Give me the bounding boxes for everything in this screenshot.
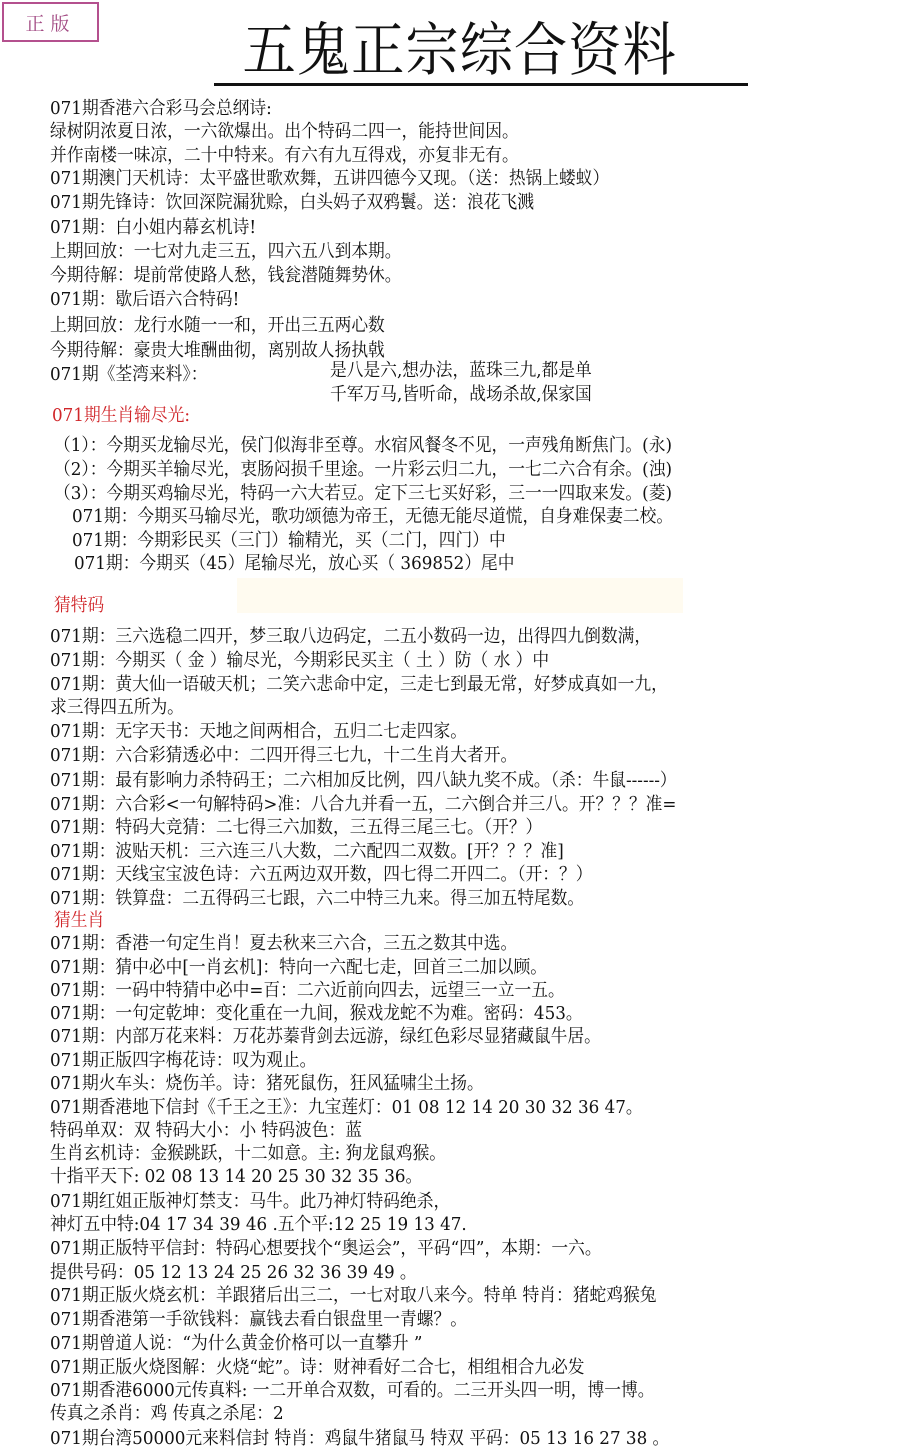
guess-zodiac-line: 生肖玄机诗：金猴跳跃，十二如意。主: 狗龙鼠鸡猴。 [50, 1143, 446, 1165]
guess-zodiac-line: 提供号码：05 12 13 24 25 26 32 36 39 49 。 [50, 1262, 417, 1284]
guess-zodiac-line: 传真之杀肖：鸡 传真之杀尾：2 [50, 1403, 284, 1425]
guess-zodiac-line: 071期：猜中必中[一肖玄机]：特向一六配七走，回首三二加以顾。 [50, 957, 547, 979]
guess-zodiac-line: 071期香港6000元传真料: 一二开单合双数，可看的。二三开头四一明，博一博。 [50, 1380, 654, 1402]
zodiac-lose-line: （3）：今期买鸡输尽光，特码一六大若豆。定下三七买好彩，三一一四取来发。(菱) [54, 483, 672, 505]
guess-zodiac-line: 071期：一句定乾坤：变化重在一九间，猴戏龙蛇不为难。密码：453。 [50, 1003, 583, 1025]
text-line: 上期回放：龙行水随一一和，开出三五两心数 [50, 315, 385, 337]
guess-special-line: 071期：无字天书：天地之间两相合，五归二七走四家。 [50, 721, 467, 743]
guess-special-line: 071期：特码大竞猜：二七得三六加数，三五得三尾三七。（开？） [50, 817, 542, 839]
text-line: 并作南楼一味凉，二十中特来。有六有九互得戏，亦复非无有。 [50, 145, 519, 167]
guess-special-line: 071期：六合彩猜透必中：二四开得三七九，十二生肖大者开。 [50, 745, 517, 767]
zodiac-lose-heading: 071期生肖输尽光: [52, 405, 190, 427]
page-title: 五鬼正宗综合资料 [214, 18, 705, 82]
text-line: 071期：歇后语六合特码! [50, 289, 239, 311]
guess-special-line: 071期：天线宝宝波色诗：六五两边双开数，四七得二开四二。（开：？） [50, 864, 593, 886]
guess-zodiac-line: 071期台湾50000元来料信封 特肖：鸡鼠牛猪鼠马 特双 平码：05 13 1… [50, 1428, 669, 1448]
text-line: 071期香港六合彩马会总纲诗: [50, 98, 272, 120]
zodiac-lose-line: 071期：今期买马输尽光，歌功颂德为帝王，无德无能尽道慌，自身难保妻二校。 [72, 506, 673, 528]
text-line: 今期待解：堤前常使路人愁，钱瓮潜随舞势休。 [50, 265, 402, 287]
guess-zodiac-line: 071期香港第一手欲钱料：赢钱去看白银盘里一青螺？。 [50, 1309, 467, 1331]
guess-special-heading: 猜特码 [54, 595, 104, 617]
guess-special-line: 071期：铁算盘：二五得码三七跟，六二中特三九来。得三加五特尾数。 [50, 888, 584, 910]
guess-zodiac-line: 071期：一码中特猜中必中=百：二六近前向四去，远望三一立一五。 [50, 980, 565, 1002]
guess-zodiac-line: 071期正版四字梅花诗：叹为观止。 [50, 1050, 316, 1072]
guess-zodiac-line: 071期：内部万花来料：万花苏蓁背剑去远游，绿红色彩尽显猪藏鼠牛居。 [50, 1026, 601, 1048]
guess-special-line: 071期：最有影响力杀特码王；二六相加反比例，四八缺九奖不成。（杀：牛鼠----… [50, 770, 677, 792]
text-line: 上期回放：一七对九走三五，四六五八到本期。 [50, 241, 402, 263]
authentic-badge: 正版 [2, 2, 99, 42]
guess-special-line: 071期：波贴天机：三六连三八大数，二六配四二双数。[开？？？准] [50, 841, 564, 863]
guess-zodiac-line: 071期正版特平信封：特码心想要找个“奥运会”，平码“四”，本期：一六。 [50, 1238, 602, 1260]
guess-zodiac-line: 特码单双：双 特码大小：小 特码波色：蓝 [50, 1120, 362, 1142]
text-line: 绿树阴浓夏日浓，一六欲爆出。出个特码二四一，能持世间因。 [50, 121, 519, 143]
text-line: 071期：白小姐内幕玄机诗! [50, 217, 256, 239]
guess-zodiac-line: 十指平天下: 02 08 13 14 20 25 30 32 35 36。 [50, 1166, 422, 1188]
title-underline [214, 83, 748, 86]
text-line: 071期先锋诗：饮回深院漏犹赊，白头妈子双鸦鬟。送：浪花飞溅 [50, 192, 534, 214]
text-line: 071期《荃湾来料》： [50, 364, 208, 386]
guess-zodiac-line: 071期：香港一句定生肖！夏去秋来三六合，三五之数其中选。 [50, 933, 517, 955]
guess-zodiac-line: 071期正版火烧玄机：羊跟猪后出三二，一七对取八来今。特单 特肖：猪蛇鸡猴兔 [50, 1285, 656, 1307]
text-line: 千军万马,皆听命，战场杀故,保家国 [330, 384, 592, 406]
guess-zodiac-line: 071期火车头：烧伤羊。诗：猪死鼠伤，狂风猛啸尘土扬。 [50, 1073, 484, 1095]
guess-special-line: 071期：黄大仙一语破天机；二笑六悲命中定，三走七到最无常，好梦成真如一九， [50, 674, 668, 696]
text-line: 今期待解：豪贵大堆酬曲彻，离别故人扬执戟 [50, 340, 385, 362]
guess-zodiac-line: 071期香港地下信封《千王之王》：九宝莲灯：01 08 12 14 20 30 … [50, 1097, 643, 1119]
guess-zodiac-line: 071期正版火烧图解：火烧“蛇”。诗：财神看好二合七，相组相合九必发 [50, 1357, 585, 1379]
zodiac-lose-line: 071期：今期买（45）尾输尽光，放心买（ 369852）尾中 [74, 553, 515, 575]
guess-special-line: 求三得四五所为。 [50, 697, 184, 719]
text-line: 是八是六,想办法，蓝珠三九,都是单 [330, 360, 592, 382]
guess-zodiac-line: 071期红姐正版神灯禁支：马牛。此乃神灯特码绝杀， [50, 1191, 450, 1213]
text-line: 071期澳门天机诗：太平盛世歌欢舞，五讲四德今又现。（送：热锅上蝼蚁） [50, 168, 609, 190]
zodiac-lose-line: （1）：今期买龙输尽光，侯门似海非至尊。水宿风餐冬不见，一声残角断焦门。(永) [54, 435, 672, 457]
zodiac-lose-line: （2）：今期买羊输尽光，衷肠闷损千里途。一片彩云归二九，一七二六合有余。(浊) [54, 459, 672, 481]
guess-special-line: 071期：六合彩<一句解特码>准：八合九并看一五，二六倒合并三八。开？？？准= [50, 794, 676, 816]
guess-special-line: 071期：今期买（ 金 ）输尽光，今期彩民买主（ 土 ）防（ 水 ）中 [50, 650, 549, 672]
guess-zodiac-line: 071期曾道人说：“为什么黄金价格可以一直攀升 ” [50, 1333, 422, 1355]
zodiac-lose-line: 071期：今期彩民买（三门）输精光，买（二门，四门）中 [72, 530, 506, 552]
guess-zodiac-heading: 猜生肖 [54, 910, 104, 932]
highlight-strip [237, 578, 683, 613]
guess-special-line: 071期：三六选稳二四开，梦三取八边码定，二五小数码一边，出得四九倒数满， [50, 626, 651, 648]
guess-zodiac-line: 神灯五中特:04 17 34 39 46 .五个平:12 25 19 13 47… [50, 1214, 467, 1236]
